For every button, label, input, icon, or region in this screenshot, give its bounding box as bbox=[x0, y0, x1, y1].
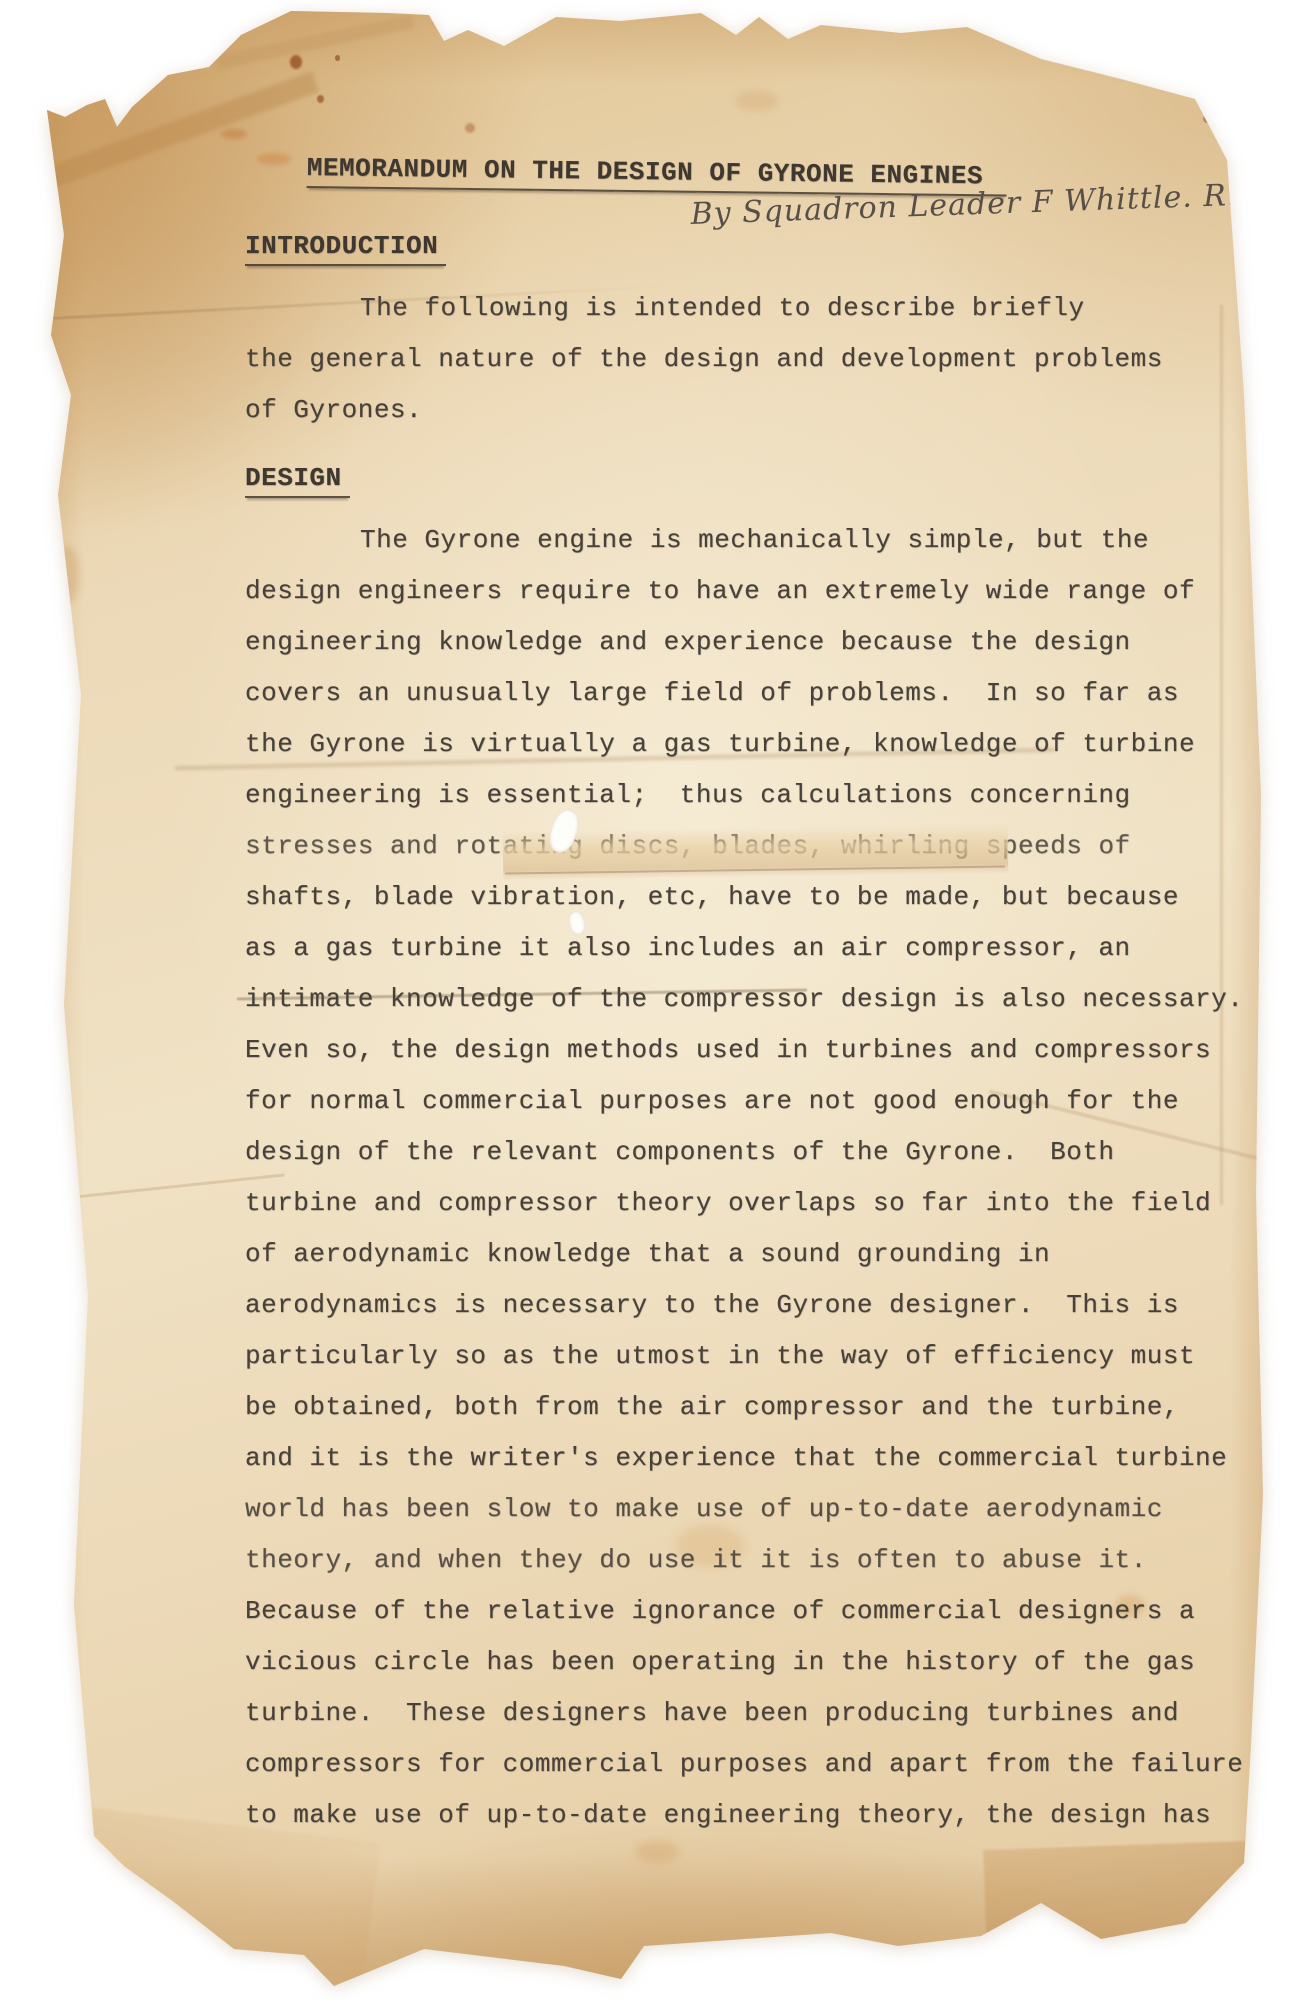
typed-line: of aerodynamic knowledge that a sound gr… bbox=[245, 1239, 1243, 1290]
typed-line: the Gyrone is virtually a gas turbine, k… bbox=[245, 729, 1243, 780]
section-heading-design: DESIGN bbox=[245, 463, 350, 498]
typed-line: engineering knowledge and experience bec… bbox=[245, 627, 1243, 678]
paper-stain bbox=[1175, 65, 1189, 77]
typed-line: design of the relevant components of the… bbox=[245, 1137, 1243, 1188]
design-paragraph: The Gyrone engine is mechanically simple… bbox=[245, 525, 1243, 1851]
photo-backdrop: MEMORANDUM ON THE DESIGN OF GYRONE ENGIN… bbox=[0, 0, 1302, 2000]
typed-line: engineering is essential; thus calculati… bbox=[245, 780, 1243, 831]
paper-stain bbox=[465, 123, 475, 133]
paper-stain bbox=[221, 129, 247, 139]
typed-line: particularly so as the utmost in the way… bbox=[245, 1341, 1243, 1392]
paper-sheet: MEMORANDUM ON THE DESIGN OF GYRONE ENGIN… bbox=[35, 5, 1267, 1995]
section-heading-introduction: INTRODUCTION bbox=[245, 231, 446, 266]
typed-line: The Gyrone engine is mechanically simple… bbox=[245, 525, 1243, 576]
typed-line: covers an unusually large field of probl… bbox=[245, 678, 1243, 729]
typed-line: Even so, the design methods used in turb… bbox=[245, 1035, 1243, 1086]
typed-line: turbine. These designers have been produ… bbox=[245, 1698, 1243, 1749]
paper-stain bbox=[53, 545, 79, 605]
typed-line: vicious circle has been operating in the… bbox=[245, 1647, 1243, 1698]
paper-stain bbox=[317, 95, 324, 103]
typed-line: be obtained, both from the air compresso… bbox=[245, 1392, 1243, 1443]
typed-line: the general nature of the design and dev… bbox=[245, 344, 1163, 395]
bottom-fold bbox=[983, 1840, 1277, 1960]
paper-stain bbox=[735, 91, 779, 111]
paper-crease bbox=[11, 71, 319, 201]
typed-line: Because of the relative ignorance of com… bbox=[245, 1596, 1243, 1647]
paper-stain bbox=[290, 55, 302, 69]
typed-line: for normal commercial purposes are not g… bbox=[245, 1086, 1243, 1137]
typed-line: to make use of up-to-date engineering th… bbox=[245, 1800, 1243, 1851]
introduction-paragraph: The following is intended to describe br… bbox=[245, 293, 1163, 446]
paper-crease bbox=[216, 14, 415, 69]
typed-line: aerodynamics is necessary to the Gyrone … bbox=[245, 1290, 1243, 1341]
typed-line: theory, and when they do use it it is of… bbox=[245, 1545, 1243, 1596]
typed-line: turbine and compressor theory overlaps s… bbox=[245, 1188, 1243, 1239]
typed-line: intimate knowledge of the compressor des… bbox=[245, 984, 1243, 1035]
typed-line: design engineers require to have an extr… bbox=[245, 576, 1243, 627]
typed-line: of Gyrones. bbox=[245, 395, 1163, 446]
typed-line: shafts, blade vibration, etc, have to be… bbox=[245, 882, 1243, 933]
paper-stain bbox=[1203, 115, 1211, 123]
typed-line: as a gas turbine it also includes an air… bbox=[245, 933, 1243, 984]
typed-line: and it is the writer's experience that t… bbox=[245, 1443, 1243, 1494]
typed-line: The following is intended to describe br… bbox=[245, 293, 1163, 344]
typed-line: compressors for commercial purposes and … bbox=[245, 1749, 1243, 1800]
paper-stain bbox=[257, 153, 291, 165]
typed-line: world has been slow to make use of up-to… bbox=[245, 1494, 1243, 1545]
paper-stain bbox=[335, 55, 340, 61]
